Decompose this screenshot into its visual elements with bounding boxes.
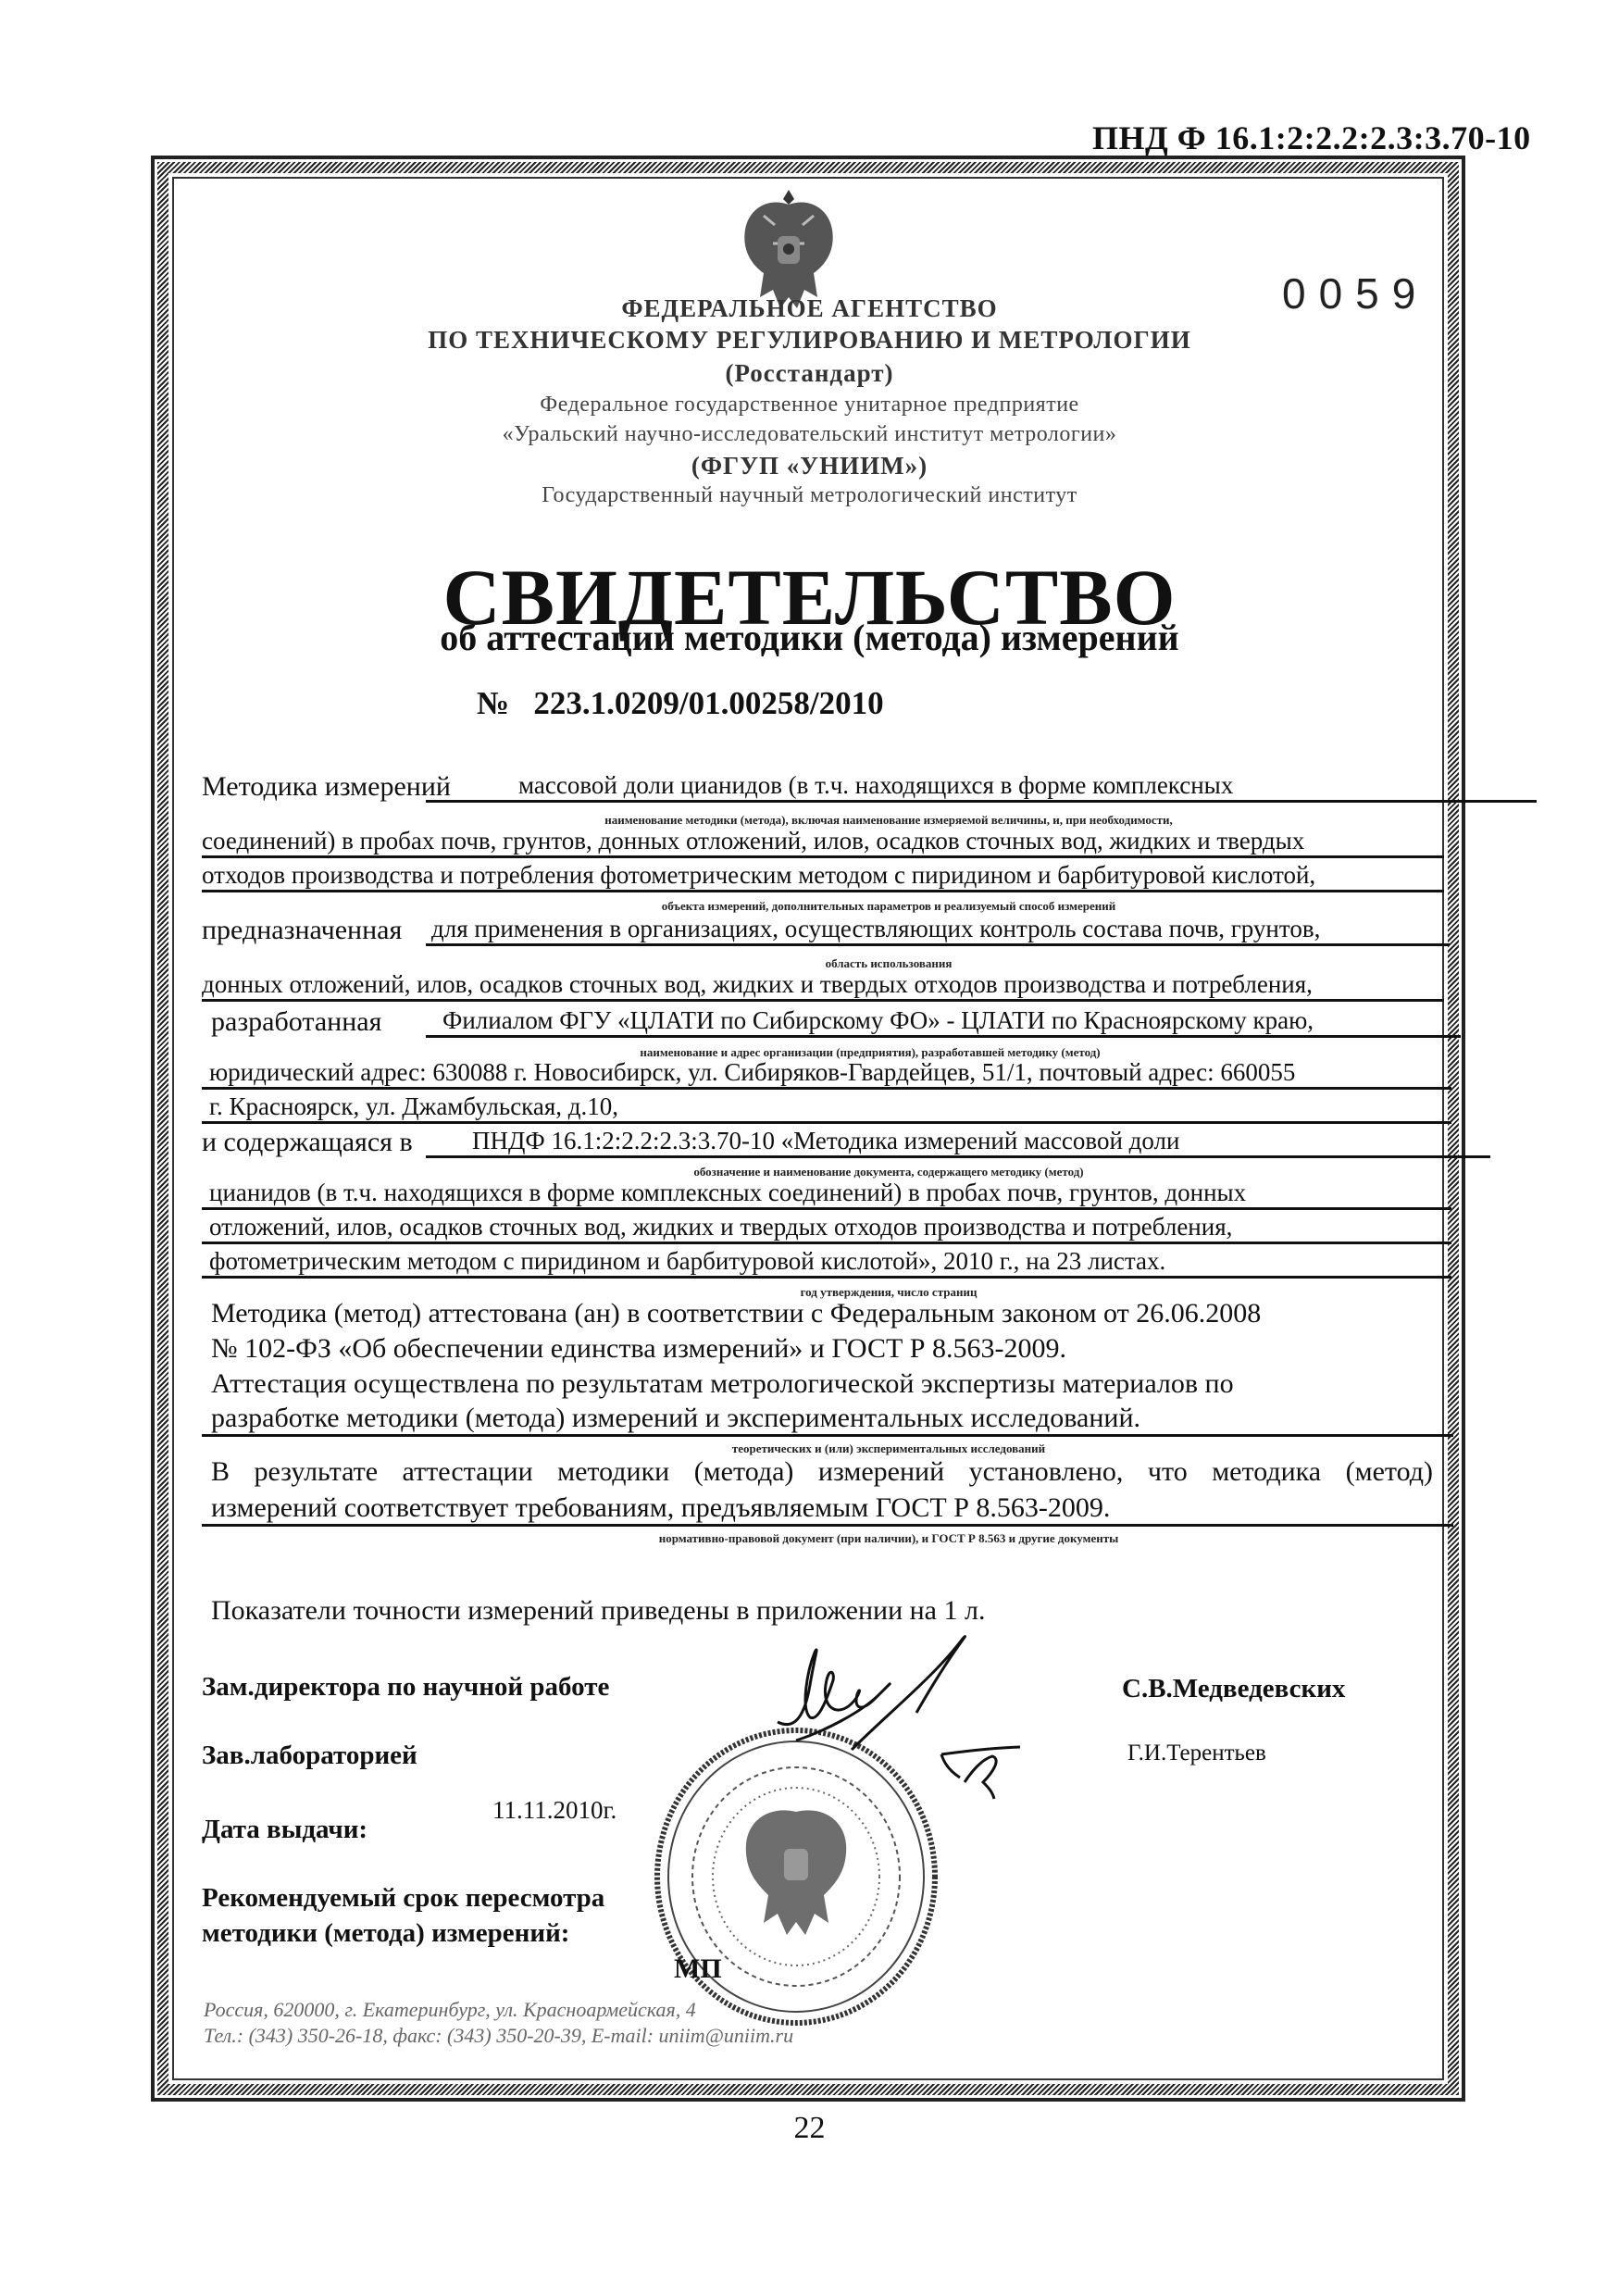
deputy-name: С.В.Медведевских bbox=[1122, 1674, 1345, 1704]
contained-caption: обозначение и наименование документа, со… bbox=[426, 1165, 1351, 1179]
agency-name-line2: ПО ТЕХНИЧЕСКОМУ РЕГУЛИРОВАНИЮ И МЕТРОЛОГ… bbox=[0, 326, 1619, 355]
handwritten-initials-icon bbox=[937, 1745, 1029, 1801]
lab-name: Г.И.Терентьев bbox=[1127, 1741, 1266, 1766]
purpose-line1: для применения в организациях, осуществл… bbox=[426, 915, 1450, 946]
method-caption2: объекта измерений, дополнительных параме… bbox=[426, 899, 1351, 914]
contained-label: и содержащаяся в bbox=[202, 1127, 413, 1158]
result-line2: измерений соответствует требованиям, пре… bbox=[202, 1492, 1453, 1527]
contained-line2: цианидов (в т.ч. находящихся в форме ком… bbox=[202, 1179, 1451, 1210]
number-sign: № bbox=[477, 685, 509, 721]
document-code: ПНД Ф 16.1:2:2.2:2.3:3.70-10 bbox=[1092, 119, 1531, 157]
lab-title: Зав.лабораторией bbox=[202, 1741, 417, 1771]
org-status: Государственный научный метрологический … bbox=[0, 483, 1619, 508]
accuracy-line: Показатели точности измерений приведены … bbox=[211, 1595, 985, 1627]
contained-line3: отложений, илов, осадков сточных вод, жи… bbox=[202, 1213, 1451, 1244]
developer-line1: Филиалом ФГУ «ЦЛАТИ по Сибирскому ФО» - … bbox=[426, 1006, 1461, 1038]
certificate-subtitle: об аттестации методики (метода) измерени… bbox=[0, 616, 1619, 659]
developer-label: разработанная bbox=[211, 1006, 381, 1038]
footer-contacts: Тел.: (343) 350-26-18, факс: (343) 350-2… bbox=[204, 2024, 793, 2048]
method-line3: отходов производства и потребления фотом… bbox=[202, 861, 1444, 892]
method-label: Методика измерений bbox=[202, 771, 451, 803]
purpose-line2: донных отложений, илов, осадков сточных … bbox=[202, 970, 1444, 1002]
attested-line2: № 102-ФЗ «Об обеспечении единства измере… bbox=[211, 1333, 1066, 1365]
org-name-line2: «Уральский научно-исследовательский инст… bbox=[0, 422, 1619, 447]
basis-line2: разработке методики (метода) измерений и… bbox=[202, 1403, 1453, 1437]
issue-date-label: Дата выдачи: bbox=[202, 1815, 367, 1845]
certificate-number-value: 223.1.0209/01.00258/2010 bbox=[533, 685, 883, 721]
contained-line1: ПНДФ 16.1:2:2.2:2.3:3.70-10 «Методика из… bbox=[426, 1127, 1490, 1158]
agency-name-line1: ФЕДЕРАЛЬНОЕ АГЕНТСТВО bbox=[0, 294, 1619, 323]
method-line2: соединений) в пробах почв, грунтов, донн… bbox=[202, 827, 1444, 858]
org-name-line1: Федеральное государственное унитарное пр… bbox=[0, 393, 1619, 418]
review-label-line2: методики (метода) измерений: bbox=[202, 1918, 569, 1949]
developer-line2: юридический адрес: 630088 г. Новосибирск… bbox=[202, 1058, 1451, 1090]
attested-line1: Методика (метод) аттестована (ан) в соот… bbox=[211, 1298, 1261, 1329]
purpose-label: предназначенная bbox=[202, 915, 402, 946]
seal-mark: МП bbox=[674, 1953, 722, 1985]
result-caption: нормативно-правовой документ (при наличи… bbox=[426, 1531, 1351, 1546]
certificate-number: № 223.1.0209/01.00258/2010 bbox=[477, 685, 884, 722]
developer-line3: г. Красноярск, ул. Джамбульская, д.10, bbox=[202, 1092, 1451, 1124]
deputy-title: Зам.директора по научной работе bbox=[202, 1672, 609, 1703]
method-line1: массовой доли цианидов (в т.ч. находящих… bbox=[426, 771, 1537, 803]
purpose-caption: область использования bbox=[426, 956, 1351, 971]
org-short-name: (ФГУП «УНИИМ») bbox=[0, 452, 1619, 480]
footer-address: Россия, 620000, г. Екатеринбург, ул. Кра… bbox=[204, 1998, 696, 2022]
agency-short-name: (Росстандарт) bbox=[0, 359, 1619, 388]
contained-line4: фотометрическим методом с пиридином и ба… bbox=[202, 1247, 1451, 1279]
review-label-line1: Рекомендуемый срок пересмотра bbox=[202, 1883, 604, 1914]
issue-date: 11.11.2010г. bbox=[492, 1796, 616, 1825]
method-caption1: наименование методики (метода), включая … bbox=[426, 813, 1351, 828]
page-number: 22 bbox=[0, 2111, 1619, 2146]
basis-line1: Аттестация осуществлена по результатам м… bbox=[211, 1368, 1234, 1400]
basis-caption: теоретических и (или) экспериментальных … bbox=[426, 1441, 1351, 1456]
result-line1: В результате аттестации методики (метода… bbox=[211, 1456, 1433, 1488]
